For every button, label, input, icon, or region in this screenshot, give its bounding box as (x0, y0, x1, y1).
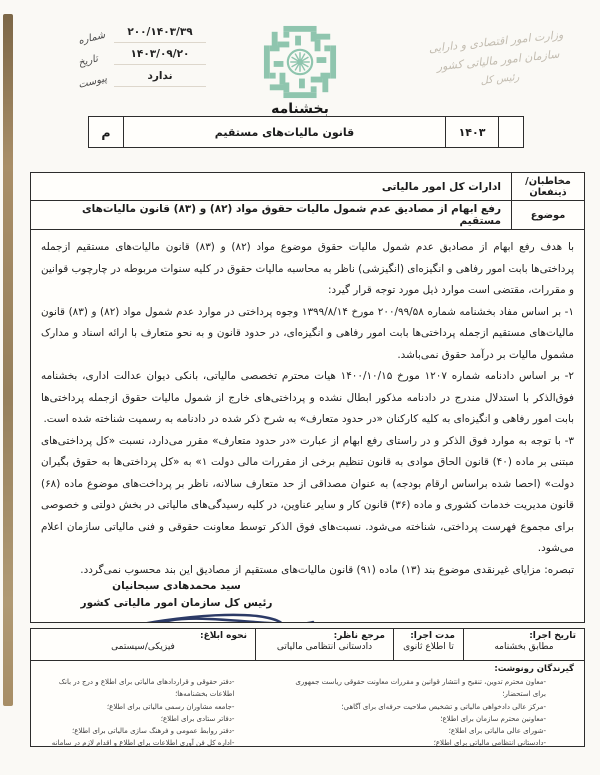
subject-label: موضوع (511, 201, 584, 229)
exec-method-label: نحوه ابلاغ: (39, 631, 247, 641)
recipients-label: مخاطبان/ ذینفعان (511, 173, 584, 200)
classification-law-cell: قانون مالیات‌های مستقیم (124, 117, 446, 147)
cc-item: -دفتر حقوقی و قراردادهای مالیاتی برای اط… (37, 676, 234, 701)
exec-authority-value: دادستانی انتظامی مالیاتی (264, 642, 385, 652)
exec-duration-cell: مدت اجرا: تا اطلاع ثانوی (394, 629, 464, 660)
cc-item: -دادستانی انتظامی مالیاتی برای اطلاع؛ (293, 737, 546, 747)
cc-section: گیرندگان رونوشت: -معاون محترم تدوین، تنق… (31, 661, 584, 747)
scanned-circular-page: { "page": { "doc_type_title": "بخشنامه" … (0, 0, 600, 775)
cc-columns: -معاون محترم تدوین، تنقیح و انتشار قوانی… (37, 676, 574, 747)
classification-strip: ۱۴۰۳ قانون مالیات‌های مستقیم م (88, 116, 524, 148)
subject-value: رفع ابهام از مصادیق عدم شمول مالیات حقوق… (31, 201, 511, 229)
classification-blank-cell (499, 117, 523, 147)
cc-item: -معاون محترم تدوین، تنقیح و انتشار قوانی… (293, 676, 546, 701)
subject-row: موضوع رفع ابهام از مصادیق عدم شمول مالیا… (31, 201, 584, 230)
exec-duration-label: مدت اجرا: (402, 631, 455, 641)
cc-item: -دفتر روابط عمومی و فرهنگ سازی مالیاتی ب… (37, 725, 234, 737)
execution-header-row: تاریخ اجرا: مطابق بخشنامه مدت اجرا: تا ا… (31, 629, 584, 661)
exec-duration-value: تا اطلاع ثانوی (402, 642, 455, 652)
cc-column-right: -معاون محترم تدوین، تنقیح و انتشار قوانی… (289, 676, 574, 747)
classification-year-cell: ۱۴۰۳ (446, 117, 499, 147)
exec-method-cell: نحوه ابلاغ: فیزیکی/سیستمی (31, 629, 256, 660)
cc-item: -مرکز عالی دادخواهی مالیاتی و تشخیص صلاح… (293, 701, 546, 713)
circular-main-table: مخاطبان/ ذینفعان ادارات کل امور مالیاتی … (30, 172, 585, 623)
tax-administration-logo-icon (262, 24, 338, 100)
classification-code-cell: م (89, 117, 124, 147)
body-item-1: ۱- بر اساس مفاد بخشنامه شماره ۲۰۰/۹۹/۵۸ … (41, 302, 574, 367)
body-item-3: ۳- با توجه به موارد فوق الذکر و در راستا… (41, 431, 574, 560)
scan-edge-artifact (3, 14, 13, 706)
cc-item: -اداره کل فن آوری اطلاعات برای اطلاع و ا… (37, 737, 234, 747)
cc-item: -شورای عالی مالیاتی برای اطلاع؛ (293, 725, 546, 737)
exec-date-cell: تاریخ اجرا: مطابق بخشنامه (464, 629, 584, 660)
signature-block: سید محمدهادی سبحانیان رئیس کل سازمان امو… (79, 578, 274, 612)
body-intro-paragraph: با هدف رفع ابهام از مصادیق عدم شمول مالی… (41, 237, 574, 302)
exec-method-value: فیزیکی/سیستمی (39, 642, 247, 652)
recipients-row: مخاطبان/ ذینفعان ادارات کل امور مالیاتی (31, 173, 584, 201)
recipients-value: ادارات کل امور مالیاتی (31, 173, 511, 200)
cc-item: -دفاتر ستادی برای اطلاع؛ (37, 713, 234, 725)
exec-date-label: تاریخ اجرا: (472, 631, 576, 641)
exec-authority-label: مرجع ناظر: (264, 631, 385, 641)
cc-column-left: -دفتر حقوقی و قراردادهای مالیاتی برای اط… (37, 676, 289, 747)
body-item-2: ۲- بر اساس دادنامه شماره ۱۲۰۷ مورخ ۱۴۰۰/… (41, 366, 574, 431)
exec-authority-cell: مرجع ناظر: دادستانی انتظامی مالیاتی (256, 629, 394, 660)
document-type-title: بخشنامه (0, 101, 600, 117)
execution-table: تاریخ اجرا: مطابق بخشنامه مدت اجرا: تا ا… (30, 628, 585, 747)
exec-date-value: مطابق بخشنامه (472, 642, 576, 652)
signer-name: سید محمدهادی سبحانیان (79, 578, 274, 595)
signature-scrawl-icon (51, 603, 321, 622)
cc-item: -معاونین محترم سازمان برای اطلاع؛ (293, 713, 546, 725)
cc-title: گیرندگان رونوشت: (37, 664, 574, 674)
circular-body: با هدف رفع ابهام از مصادیق عدم شمول مالی… (31, 230, 584, 622)
cc-item: -جامعه مشاوران رسمی مالیاتی برای اطلاع؛ (37, 701, 234, 713)
